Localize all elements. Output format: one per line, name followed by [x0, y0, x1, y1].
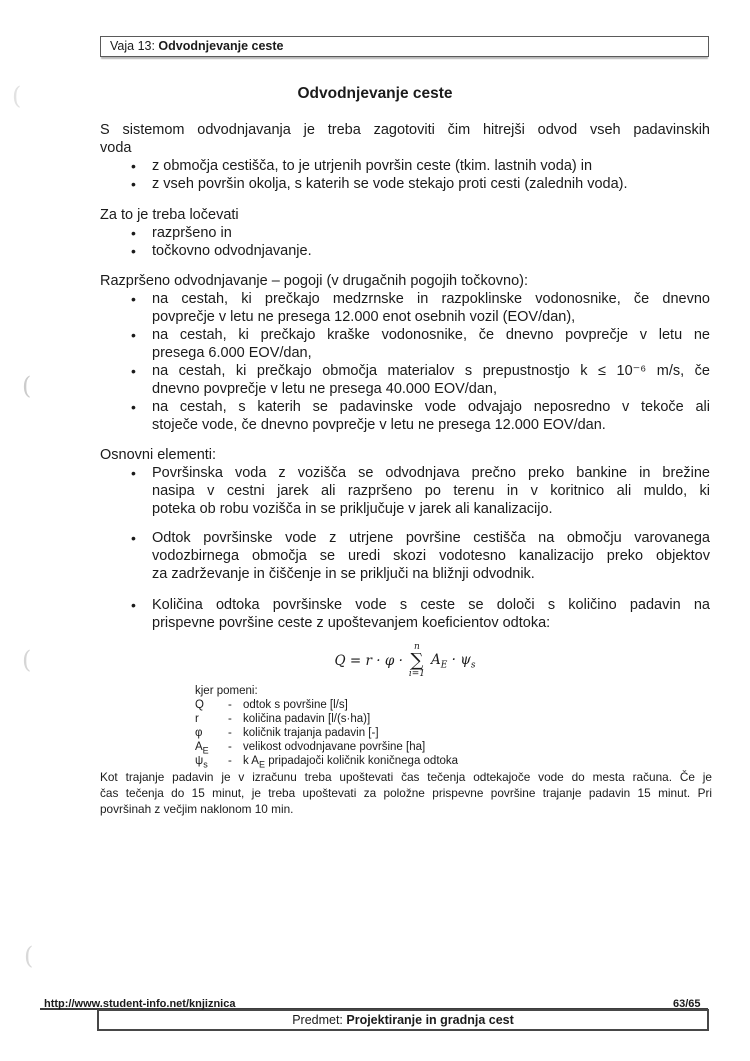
text-line: površinah z večjim naklonom 10 min.: [100, 801, 712, 817]
definition-dash: -: [228, 740, 243, 754]
list-item: z območja cestišča, to je utrjenih površ…: [152, 157, 710, 175]
bullet-list: na cestah, ki prečkajo medzrnske in razp…: [152, 290, 710, 434]
bullet-list: Površinska voda z vozišča se odvodnjava …: [152, 464, 710, 632]
bullet-icon: [131, 326, 145, 344]
bullet-icon: [131, 398, 145, 416]
scan-artifact: (: [22, 648, 31, 672]
text-line: točkovno odvodnjavanje.: [152, 242, 710, 260]
bullet-icon: [131, 596, 145, 614]
list-item: Površinska voda z vozišča se odvodnjava …: [152, 464, 710, 518]
list-item: na cestah, ki prečkajo območja materialo…: [152, 362, 710, 398]
exercise-header-prefix: Vaja 13:: [110, 39, 158, 53]
definition-dash: -: [228, 712, 243, 726]
scan-artifact: (: [24, 944, 33, 968]
bullet-icon: [131, 242, 145, 260]
definition-symbol: AE: [195, 740, 228, 754]
definition-symbol: Q: [195, 698, 228, 712]
text-line: Osnovni elementi:: [100, 446, 710, 464]
text-line: nasipa v cestni jarek ali razpršeno po t…: [152, 482, 710, 500]
definition-symbol: r: [195, 712, 228, 726]
scan-artifact: (: [22, 374, 31, 398]
text-line: S sistemom odvodnjavanja je treba zagoto…: [100, 121, 710, 139]
text-line: čas tečenja do 15 minut, je treba upošte…: [100, 785, 712, 801]
paragraph-pogoji: Razpršeno odvodnjavanje – pogoji (v drug…: [100, 272, 710, 434]
bullet-icon: [131, 175, 145, 193]
page-title: Odvodnjevanje ceste: [0, 85, 750, 103]
paragraph-trajanje-padavin: Kot trajanje padavin je v izračunu treba…: [100, 769, 712, 817]
text-line: prispevne površine ceste z upoštevanjem …: [152, 614, 710, 632]
text-line: stoječe vode, če dnevno povprečje v letu…: [152, 416, 710, 434]
text-line: Površinska voda z vozišča se odvodnjava …: [152, 464, 710, 482]
definition-row: AE - velikost odvodnjavane površine [ha]: [195, 740, 615, 754]
bullet-icon: [131, 157, 145, 175]
text-line: vodozbirnega območja se uredi skozi vodo…: [152, 547, 710, 565]
list-item: na cestah, ki prečkajo kraške vodonosnik…: [152, 326, 710, 362]
definition-text: velikost odvodnjavane površine [ha]: [243, 740, 425, 754]
text-line: z vseh površin okolja, s katerih se vode…: [152, 175, 710, 193]
text-line: Za to je treba ločevati: [100, 206, 710, 224]
text-line: na cestah, ki prečkajo kraške vodonosnik…: [152, 326, 710, 344]
paragraph-locevanje: Za to je treba ločevati razpršeno in toč…: [100, 206, 710, 260]
definition-text: odtok s površine [l/s]: [243, 698, 348, 712]
bullet-icon: [131, 464, 145, 482]
text-line: Razpršeno odvodnjavanje – pogoji (v drug…: [100, 272, 710, 290]
text-line: Odtok površinske vode z utrjene površine…: [152, 529, 710, 547]
bullet-icon: [131, 529, 145, 547]
list-item: na cestah, ki prečkajo medzrnske in razp…: [152, 290, 710, 326]
footer-subject-label: Predmet:: [292, 1013, 346, 1027]
definition-row: φ - količnik trajanja padavin [-]: [195, 726, 615, 740]
text-line: Kot trajanje padavin je v izračunu treba…: [100, 769, 712, 785]
runoff-formula: Q = r · φ · n ∑ i=1 AE · ψs: [100, 638, 710, 684]
sigma-icon: ∑: [411, 652, 424, 670]
text-line: Količina odtoka površinske vode s ceste …: [152, 596, 710, 614]
definition-symbol: φ: [195, 726, 228, 740]
definition-dash: -: [228, 698, 243, 712]
footer-subject-value: Projektiranje in gradnja cest: [346, 1013, 513, 1027]
definition-dash: -: [228, 754, 243, 768]
formula-lhs: Q = r · φ ·: [335, 653, 403, 669]
text-line: razpršeno in: [152, 224, 710, 242]
sum-lower-limit: i=1: [409, 670, 425, 679]
page-number: 63/65: [673, 998, 701, 1010]
definition-row: r - količina padavin [l/(s·ha)]: [195, 712, 615, 726]
definition-symbol: ψs: [195, 754, 228, 768]
formula-rhs: AE · ψs: [431, 652, 475, 671]
paragraph-intro: S sistemom odvodnjavanja je treba zagoto…: [100, 121, 710, 193]
list-item: Odtok površinske vode z utrjene površine…: [152, 529, 710, 583]
document-page: ( ( ( ( Vaja 13: Odvodnjevanje ceste Odv…: [0, 0, 750, 1061]
bullet-list: z območja cestišča, to je utrjenih površ…: [152, 157, 710, 193]
text-line: na cestah, ki prečkajo območja materialo…: [152, 362, 710, 380]
definition-text: količnik trajanja padavin [-]: [243, 726, 379, 740]
bullet-icon: [131, 290, 145, 308]
exercise-header-title: Odvodnjevanje ceste: [158, 39, 283, 53]
sum-symbol: n ∑ i=1: [409, 643, 425, 679]
text-line: na cestah, s katerih se padavinske vode …: [152, 398, 710, 416]
text-line: presega 6.000 EOV/dan,: [152, 344, 710, 362]
exercise-header: Vaja 13: Odvodnjevanje ceste: [100, 36, 709, 57]
bullet-list: razpršeno in točkovno odvodnjavanje.: [152, 224, 710, 260]
symbol-definitions: kjer pomeni: Q - odtok s površine [l/s] …: [195, 684, 615, 768]
text-line: z območja cestišča, to je utrjenih površ…: [152, 157, 710, 175]
list-item: z vseh površin okolja, s katerih se vode…: [152, 175, 710, 193]
text-line: dnevno povprečje v letu ne presega 40.00…: [152, 380, 710, 398]
bullet-icon: [131, 362, 145, 380]
paragraph-osnovni-elementi: Osnovni elementi: Površinska voda z vozi…: [100, 446, 710, 632]
definition-row: ψs - k AE pripadajoči količnik koničnega…: [195, 754, 615, 768]
definition-dash: -: [228, 726, 243, 740]
list-item: točkovno odvodnjavanje.: [152, 242, 710, 260]
text-line: povprečje v letu ne presega 12.000 enot …: [152, 308, 710, 326]
definition-text: k AE pripadajoči količnik koničnega odto…: [243, 754, 458, 768]
footer-subject: Predmet: Projektiranje in gradnja cest: [97, 1009, 709, 1031]
text-line: za zadrževanje in čiščenje in se priklju…: [152, 565, 710, 583]
text-line: poteka ob robu vozišča in se priključuje…: [152, 500, 710, 518]
bullet-icon: [131, 224, 145, 242]
text-line: na cestah, ki prečkajo medzrnske in razp…: [152, 290, 710, 308]
definitions-label: kjer pomeni:: [195, 684, 615, 698]
text-line: voda: [100, 139, 710, 157]
footer-url: http://www.student-info.net/knjiznica: [44, 998, 235, 1010]
list-item: razpršeno in: [152, 224, 710, 242]
definition-row: Q - odtok s površine [l/s]: [195, 698, 615, 712]
definition-text: količina padavin [l/(s·ha)]: [243, 712, 370, 726]
list-item: Količina odtoka površinske vode s ceste …: [152, 596, 710, 632]
list-item: na cestah, s katerih se padavinske vode …: [152, 398, 710, 434]
